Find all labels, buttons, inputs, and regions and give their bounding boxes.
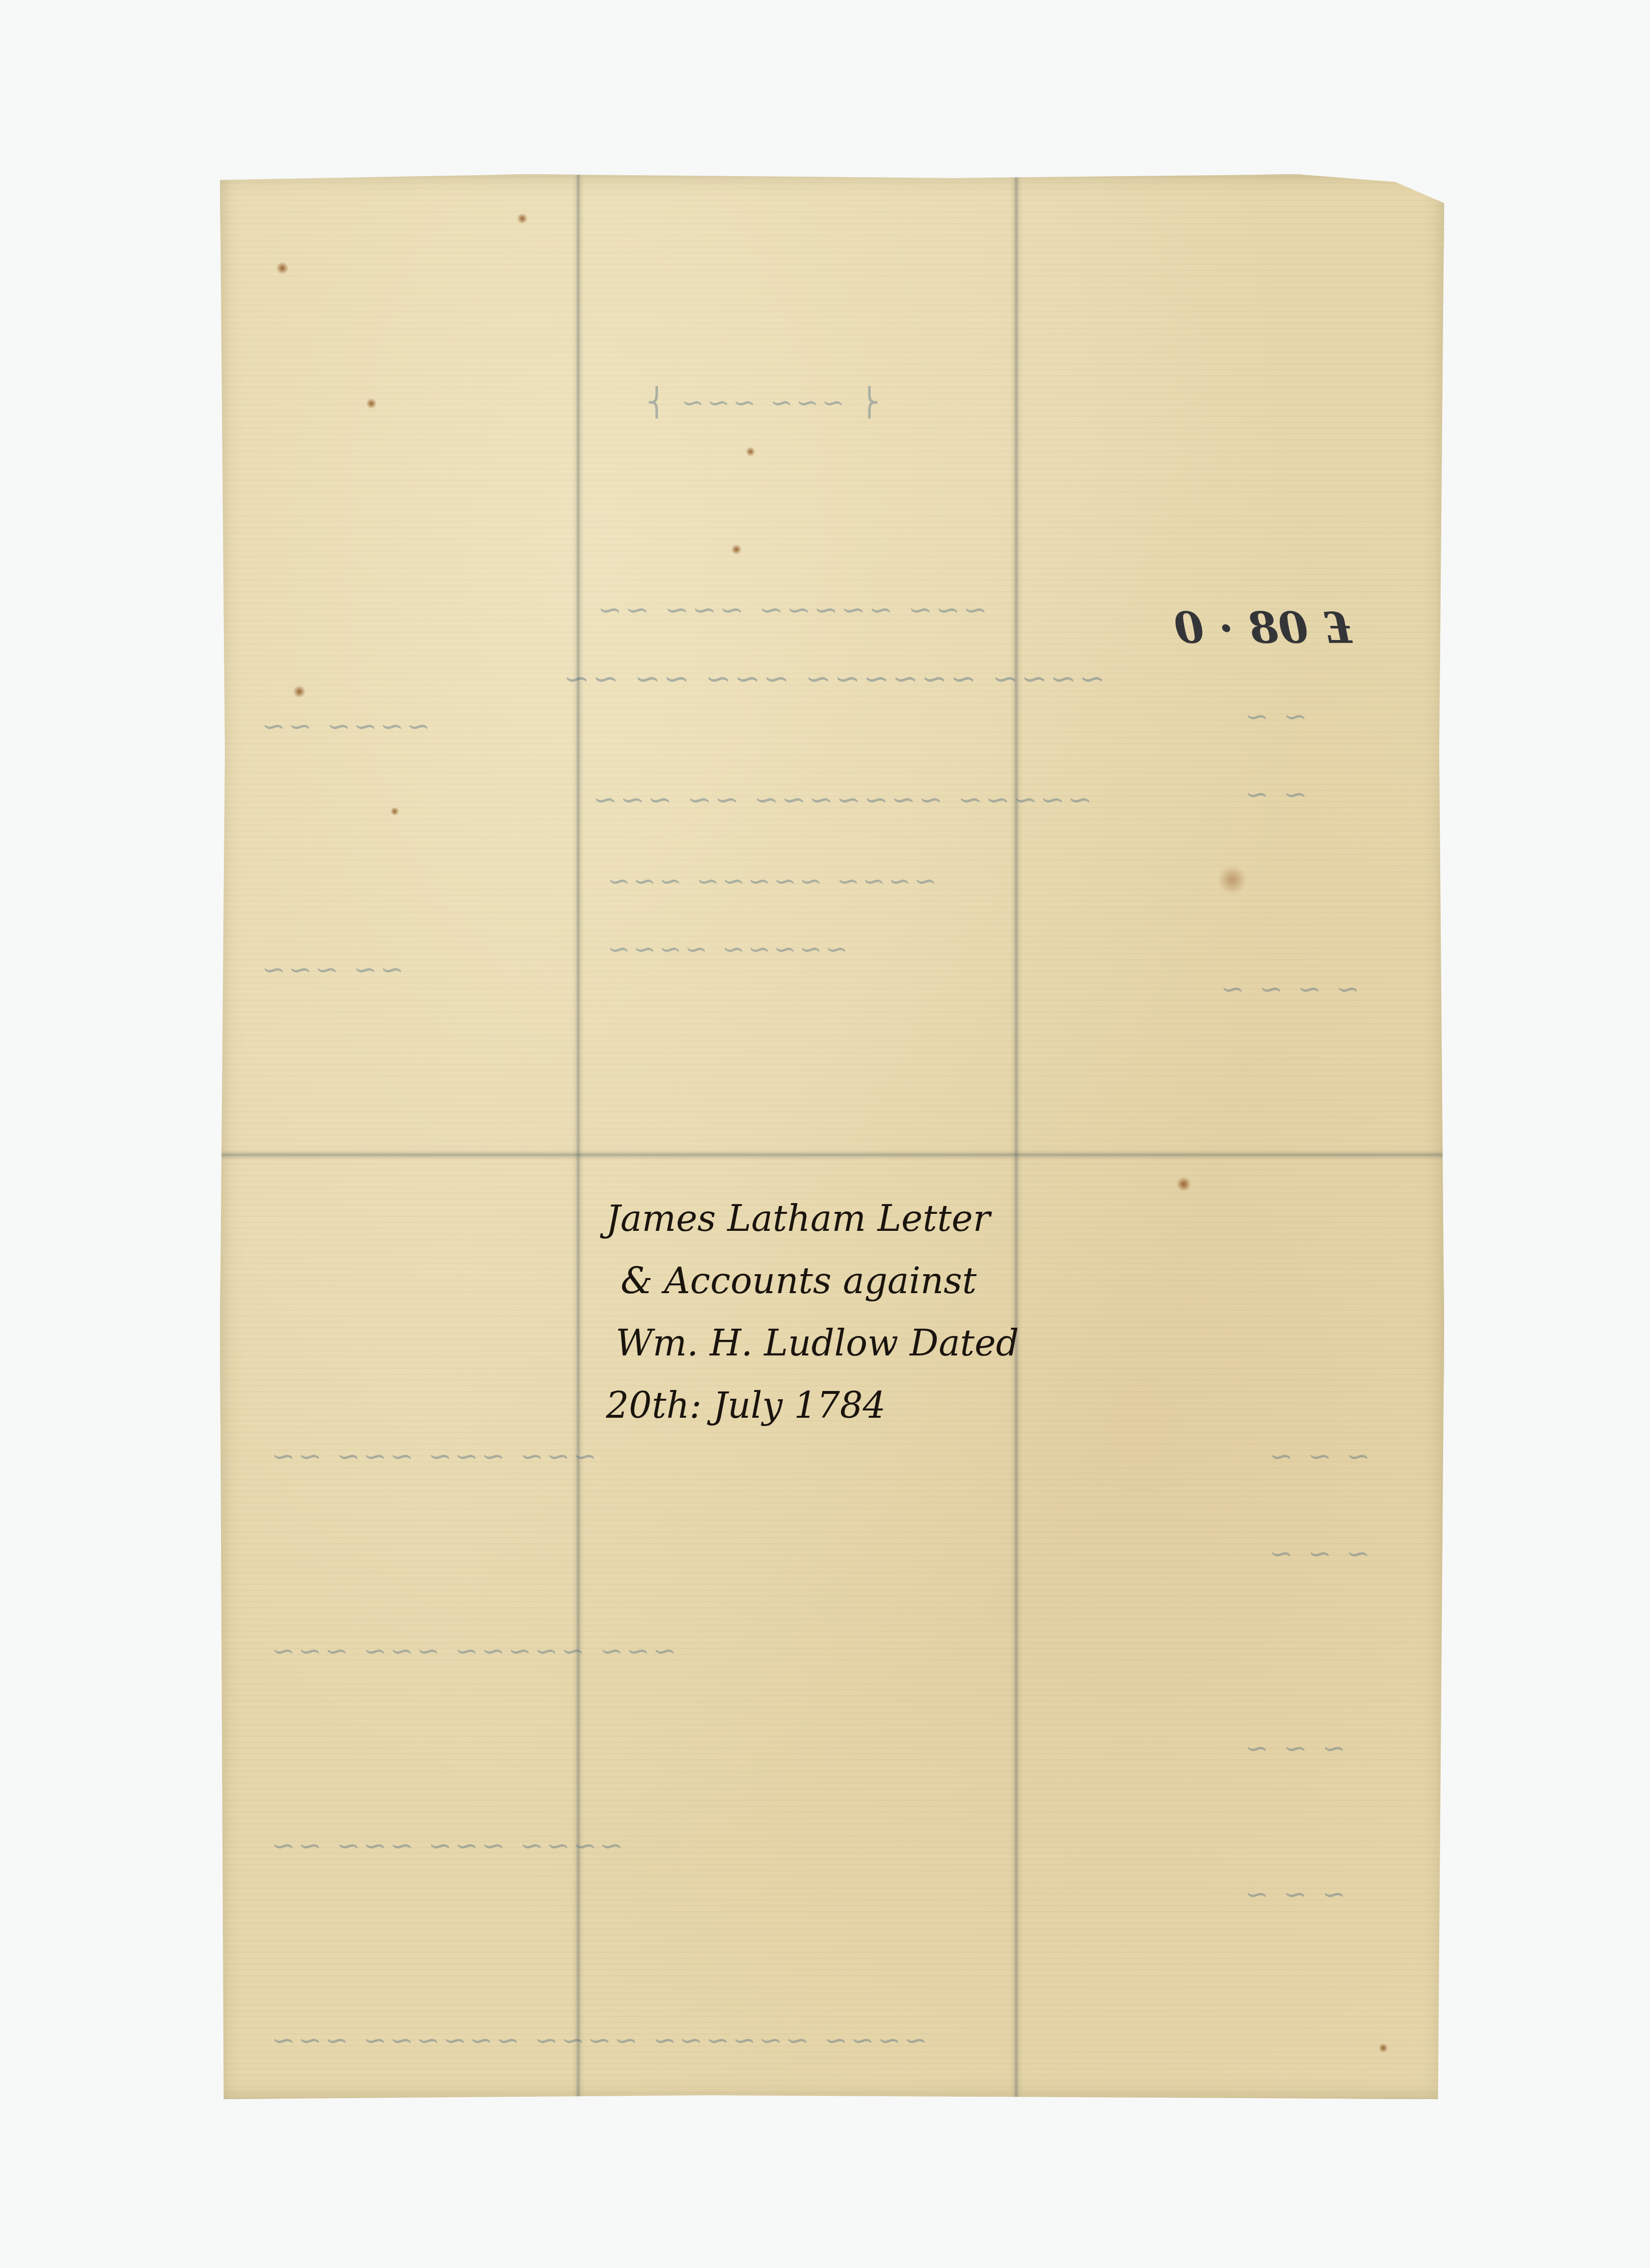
bleed-through-column: ~ ~ ~ (1266, 1440, 1370, 1473)
docket-line-4: 20th: July 1784 (606, 1374, 1005, 1437)
bleed-through-line: ~~~ ~~~~~ ~~~ ~~ (595, 593, 988, 627)
bleed-through-column: ~ ~ (1242, 778, 1307, 811)
bleed-through-line: ~~~~~ ~~~~~~~ ~~ ~~~ (590, 783, 1092, 817)
manuscript-sheet: ⎨ ~~~ ~~~ ⎬ ~~~ ~~~~~ ~~~ ~~ ~~~~ ~~~~~~… (220, 174, 1444, 2099)
docket-line-3: Wm. H. Ludlow Dated (606, 1312, 1005, 1374)
vertical-fold-right (1015, 174, 1018, 2099)
bleed-through-line: ~~~ ~~~ ~~~ ~~ (269, 1440, 597, 1473)
foxing-stain (517, 213, 528, 224)
docket-line-2: & Accounts against (606, 1250, 1005, 1312)
bleed-through-line: ~~~~ ~~~~~~ ~~~~ ~~~~~~ ~~~ (269, 2024, 928, 2057)
foxing-stain (1218, 865, 1247, 895)
bleed-through-column: ~ ~ ~ (1242, 1732, 1346, 1765)
vertical-fold-left (577, 174, 580, 2099)
foxing-stain (1176, 1177, 1191, 1191)
bleed-through-column: ~ ~ ~ (1266, 1537, 1370, 1570)
bleed-through-column: ~ ~ ~ ~ (1218, 972, 1360, 1006)
docket-line-1: James Latham Letter (606, 1188, 1005, 1250)
bleed-through-bracket-note: ⎨ ~~~ ~~~ ⎬ (643, 384, 880, 422)
bleed-through-amount: £ 08 · 0 (1174, 603, 1353, 653)
bleed-through-column: ~ ~ ~ (1242, 1878, 1346, 1911)
foxing-stain (731, 544, 742, 555)
bleed-through-line: ~~ ~~~ (259, 953, 403, 986)
bleed-through-column: ~ ~ (1242, 700, 1307, 733)
docket-inscription: James Latham Letter & Accounts against W… (606, 1188, 1005, 1437)
foxing-stain (1378, 2043, 1388, 2053)
bleed-through-line: ~~~~~ ~~~~ (605, 933, 848, 965)
foxing-stain (276, 262, 289, 274)
horizontal-fold (220, 1153, 1444, 1156)
foxing-stain (293, 685, 306, 698)
bleed-through-line: ~~~~ ~~~ ~~~ ~~ (269, 1829, 623, 1862)
bleed-through-line: ~~~~ ~~~~~ ~~~ (605, 865, 937, 897)
foxing-stain (746, 447, 755, 457)
bleed-through-line: ~~~ ~~~~~ ~~~ ~~~ (269, 1634, 677, 1667)
foxing-stain (366, 398, 377, 409)
bleed-through-line: ~~~~ ~~~~~~ ~~~ ~~ ~~ (561, 661, 1105, 697)
bleed-through-line: ~~~~ ~~ (259, 710, 430, 743)
foxing-stain (390, 807, 399, 816)
